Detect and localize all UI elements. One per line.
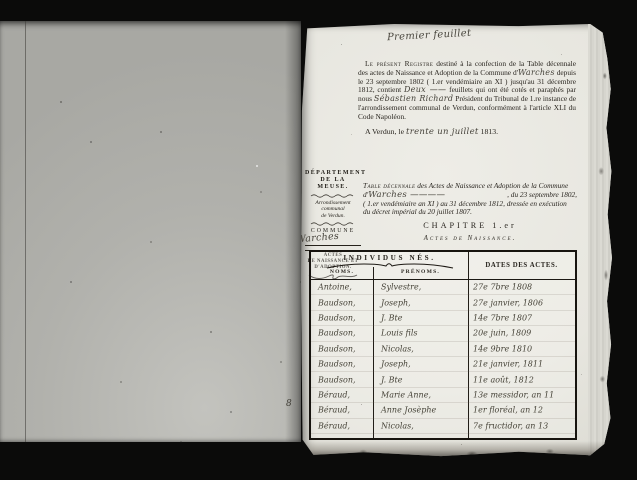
nom-cell: Baudson,	[318, 313, 356, 322]
wavy-divider	[310, 193, 356, 198]
nom-cell: Béraud,	[318, 390, 350, 399]
departement-name: DE LA MEUSE.	[305, 177, 361, 191]
chapter-subtitle: Actes de Naissance.	[363, 235, 577, 244]
nom-cell: Baudson,	[318, 375, 356, 384]
sub-columns: NOMS. PRÉNOMS.	[311, 269, 468, 275]
table-body: Antoine,Sylvestre,27e 7bre 1808 Baudson,…	[311, 280, 575, 434]
prenom-cell: Louis fils	[381, 329, 418, 338]
wavy-divider	[310, 221, 356, 226]
decennial-table-heading: Table décennale des Actes de Naissance e…	[363, 182, 577, 244]
date-handwritten: trente un juillet	[406, 127, 479, 137]
table-row: Baudson,Nicolas,14e 9bre 1810	[311, 342, 575, 357]
prenom-cell: Marie Anne,	[381, 390, 431, 399]
prenom-cell: J. Bte	[381, 313, 403, 322]
prenom-cell: Nicolas,	[381, 344, 414, 353]
prenom-cell: Anne Josèphe	[381, 406, 436, 415]
sheet-count-handwritten: Deux ——	[404, 85, 446, 94]
page-block-fore-edge	[588, 24, 612, 457]
arrondissement-name: de Verdun.	[305, 213, 361, 219]
folio-note-handwritten: Premier feuillet	[387, 28, 472, 43]
date-cell: 21e janvier, 1811	[473, 359, 543, 368]
prenom-cell: Joseph,	[381, 298, 411, 307]
margin-note: 8	[286, 399, 292, 409]
paper-specks	[60, 101, 62, 103]
dateline-year: 1813.	[479, 127, 499, 136]
arrondissement-label: Arrondissement communal	[305, 200, 361, 213]
table-row: Baudson,J. Bte11e août, 1812	[311, 372, 575, 387]
date-cell: 14e 7bre 1807	[473, 313, 532, 322]
cert-lead: Le présent Registre	[365, 59, 433, 68]
chapter-title: CHAPITRE 1.er	[363, 222, 577, 231]
nom-cell: Baudson,	[318, 298, 356, 307]
departement-label: DÉPARTEMENT	[305, 170, 361, 177]
prenom-cell: J. Bte	[381, 375, 403, 384]
table-header: INDIVIDUS NÉS. NOMS. PRÉNOMS. DATES DES …	[311, 252, 575, 280]
table-row: Baudson,Joseph,27e janvier, 1806	[311, 295, 575, 310]
col-header-noms: NOMS.	[311, 269, 373, 275]
nom-cell: Baudson,	[318, 329, 356, 338]
prenom-cell: Joseph,	[381, 359, 411, 368]
dateline: A Verdun, le trente un juillet 1813.	[365, 127, 498, 137]
heading-line-1-rest: des Actes de Naissance et Adoption de la…	[415, 181, 568, 190]
table-row: Béraud,Nicolas,7e fructidor, an 13	[311, 419, 575, 434]
header-group-individus: INDIVIDUS NÉS. NOMS. PRÉNOMS.	[311, 252, 468, 279]
certification-paragraph: Le présent Registre destiné à la confect…	[358, 60, 576, 121]
register-table: INDIVIDUS NÉS. NOMS. PRÉNOMS. DATES DES …	[309, 250, 577, 440]
table-row: Baudson,Joseph,21e janvier, 1811	[311, 357, 575, 372]
register-page: Premier feuillet Le présent Registre des…	[301, 24, 612, 457]
col-header-prenoms: PRÉNOMS.	[373, 269, 468, 275]
table-row: Baudson,Louis fils20e juin, 1809	[311, 326, 575, 341]
nom-cell: Baudson,	[318, 344, 356, 353]
table-row: Béraud,Anne Josèphe1er floréal, an 12	[311, 403, 575, 418]
date-cell: 20e juin, 1809	[473, 329, 531, 338]
group-header-label: INDIVIDUS NÉS.	[311, 254, 468, 262]
president-signature-handwritten: Sébastien Richard	[374, 94, 454, 103]
date-cell: 13e messidor, an 11	[473, 390, 554, 399]
heading-line-4: du décret impérial du 20 juillet 1807.	[363, 208, 577, 217]
nom-cell: Béraud,	[318, 421, 350, 430]
prenom-cell: Nicolas,	[381, 421, 414, 430]
dateline-prefix: A Verdun, le	[365, 127, 406, 136]
left-blank-page: 8	[0, 21, 301, 442]
nom-cell: Antoine,	[318, 283, 352, 292]
date-cell: 1er floréal, an 12	[473, 406, 543, 415]
commune-name-handwritten: Warches	[518, 68, 555, 77]
table-row: Antoine,Sylvestre,27e 7bre 1808	[311, 280, 575, 295]
date-cell: 14e 9bre 1810	[473, 344, 532, 353]
nom-cell: Béraud,	[318, 406, 350, 415]
date-cell: 7e fructidor, an 13	[473, 421, 548, 430]
date-cell: 27e janvier, 1806	[473, 298, 543, 307]
brace-divider	[324, 262, 456, 269]
torn-bottom-edge	[301, 441, 612, 457]
col-header-dates: DATES DES ACTES.	[468, 252, 575, 279]
heading-lead: Table décennale	[363, 181, 415, 190]
prenom-cell: Sylvestre,	[381, 283, 421, 292]
paper-specks	[341, 44, 342, 45]
table-row: Baudson,J. Bte14e 7bre 1807	[311, 311, 575, 326]
date-cell: 27e 7bre 1808	[473, 283, 532, 292]
date-cell: 11e août, 1812	[473, 375, 534, 384]
nom-cell: Baudson,	[318, 359, 356, 368]
table-row: Béraud,Marie Anne,13e messidor, an 11	[311, 388, 575, 403]
scanned-register-spread: 8 Premier feuillet Le présent Registre d…	[0, 0, 637, 480]
